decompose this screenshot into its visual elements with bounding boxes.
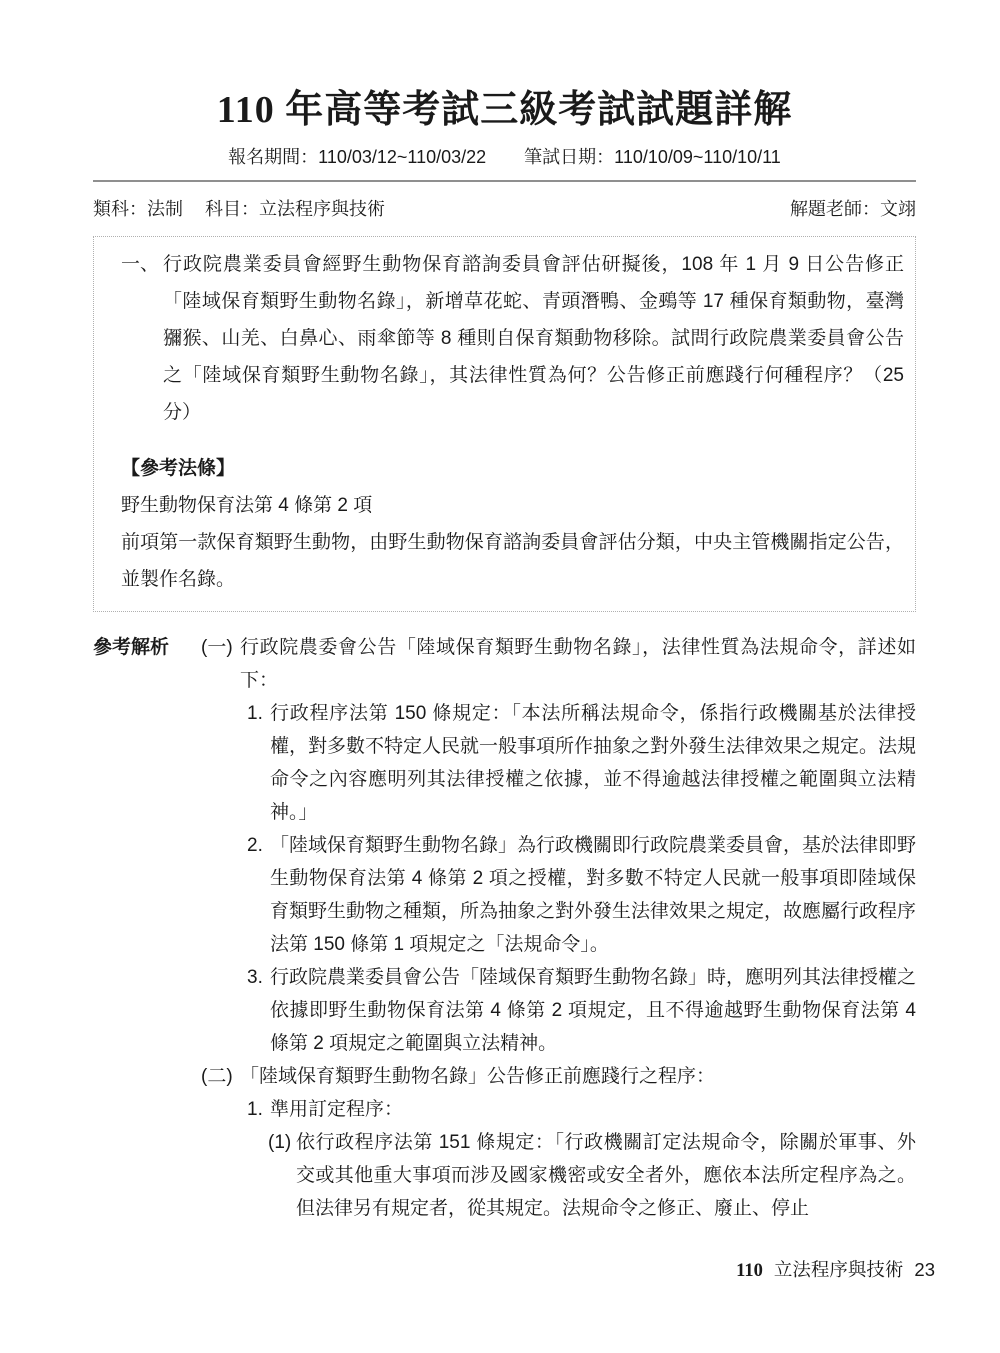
analysis-item: 1. 行政程序法第 150 條規定：「本法所稱法規命令，係指行政機關基於法律授權… — [247, 697, 916, 829]
reference-law-heading: 【參考法條】 — [121, 450, 904, 487]
page-title: 110 年高等考試三級考試試題詳解 — [93, 88, 916, 132]
footer-page-number: 23 — [914, 1258, 935, 1282]
analysis-section: 參考解析 (一) 行政院農委會公告「陸域保育類野生動物名錄」，法律性質為法規命令… — [93, 631, 916, 1225]
section-items: 1. 行政程序法第 150 條規定：「本法所稱法規命令，係指行政機關基於法律授權… — [247, 697, 916, 1060]
item-text: 「陸域保育類野生動物名錄」為行政機關即行政院農業委員會，基於法律即野生動物保育法… — [270, 829, 916, 961]
analysis-subitem: (1) 依行政程序法第 151 條規定：「行政機關訂定法規命令，除關於軍事、外交… — [268, 1126, 916, 1225]
exam-date: 筆試日期：110/10/09~110/10/11 — [524, 145, 781, 169]
subitem-marker: (1) — [268, 1126, 296, 1225]
meta-left: 類科：法制 科目：立法程序與技術 — [93, 197, 385, 221]
footer-subject: 立法程序與技術 — [774, 1258, 904, 1282]
section-marker: (一) — [201, 631, 240, 697]
analysis-section-1: (一) 行政院農委會公告「陸域保育類野生動物名錄」，法律性質為法規命令，詳述如下… — [201, 631, 916, 1060]
section-intro: 行政院農委會公告「陸域保育類野生動物名錄」，法律性質為法規命令，詳述如下： — [240, 631, 916, 697]
analysis-body: (一) 行政院農委會公告「陸域保育類野生動物名錄」，法律性質為法規命令，詳述如下… — [201, 631, 916, 1225]
item-subitems: (1) 依行政程序法第 151 條規定：「行政機關訂定法規命令，除關於軍事、外交… — [268, 1126, 916, 1225]
section-marker: (二) — [201, 1060, 240, 1093]
analysis-item: 1. 準用訂定程序： — [247, 1093, 916, 1126]
item-text: 準用訂定程序： — [270, 1093, 916, 1126]
question-text: 行政院農業委員會經野生動物保育諮詢委員會評估研擬後，108 年 1 月 9 日公… — [163, 246, 904, 431]
page-footer: 110 立法程序與技術 23 — [736, 1258, 935, 1283]
header-divider — [93, 180, 916, 182]
analysis-section-2: (二) 「陸域保育類野生動物名錄」公告修正前應踐行之程序： 1. 準用訂定程序：… — [201, 1060, 916, 1225]
section-items: 1. 準用訂定程序： (1) 依行政程序法第 151 條規定：「行政機關訂定法規… — [247, 1093, 916, 1225]
exam-dates-row: 報名期間：110/03/12~110/03/22 筆試日期：110/10/09~… — [93, 145, 916, 169]
analysis-label: 參考解析 — [93, 631, 201, 1225]
footer-year: 110 — [736, 1259, 763, 1283]
section-intro: 「陸域保育類野生動物名錄」公告修正前應踐行之程序： — [240, 1060, 916, 1093]
item-marker: 1. — [247, 1093, 270, 1126]
teacher-label: 解題老師：文翊 — [790, 197, 916, 221]
question-box: 一、 行政院農業委員會經野生動物保育諮詢委員會評估研擬後，108 年 1 月 9… — [93, 236, 916, 612]
item-text: 行政程序法第 150 條規定：「本法所稱法規命令，係指行政機關基於法律授權，對多… — [270, 697, 916, 829]
document-page: 110 年高等考試三級考試試題詳解 報名期間：110/03/12~110/03/… — [0, 0, 1000, 1353]
registration-period: 報名期間：110/03/12~110/03/22 — [228, 145, 486, 169]
item-marker: 3. — [247, 961, 270, 1060]
section-intro-row: (二) 「陸域保育類野生動物名錄」公告修正前應踐行之程序： — [201, 1060, 916, 1093]
meta-row: 類科：法制 科目：立法程序與技術 解題老師：文翊 — [93, 197, 916, 221]
subject-label: 科目：立法程序與技術 — [205, 197, 385, 221]
reference-law-line: 前項第一款保育類野生動物，由野生動物保育諮詢委員會評估分類，中央主管機關指定公告… — [121, 524, 904, 598]
question-row: 一、 行政院農業委員會經野生動物保育諮詢委員會評估研擬後，108 年 1 月 9… — [121, 246, 904, 431]
item-marker: 1. — [247, 697, 270, 829]
analysis-item: 2. 「陸域保育類野生動物名錄」為行政機關即行政院農業委員會，基於法律即野生動物… — [247, 829, 916, 961]
reference-law-line: 野生動物保育法第 4 條第 2 項 — [121, 487, 904, 524]
subitem-text: 依行政程序法第 151 條規定：「行政機關訂定法規命令，除關於軍事、外交或其他重… — [296, 1126, 916, 1225]
category-label: 類科：法制 — [93, 197, 183, 221]
section-intro-row: (一) 行政院農委會公告「陸域保育類野生動物名錄」，法律性質為法規命令，詳述如下… — [201, 631, 916, 697]
analysis-item: 3. 行政院農業委員會公告「陸域保育類野生動物名錄」時，應明列其法律授權之依據即… — [247, 961, 916, 1060]
item-text: 行政院農業委員會公告「陸域保育類野生動物名錄」時，應明列其法律授權之依據即野生動… — [270, 961, 916, 1060]
question-number: 一、 — [121, 246, 163, 431]
item-marker: 2. — [247, 829, 270, 961]
